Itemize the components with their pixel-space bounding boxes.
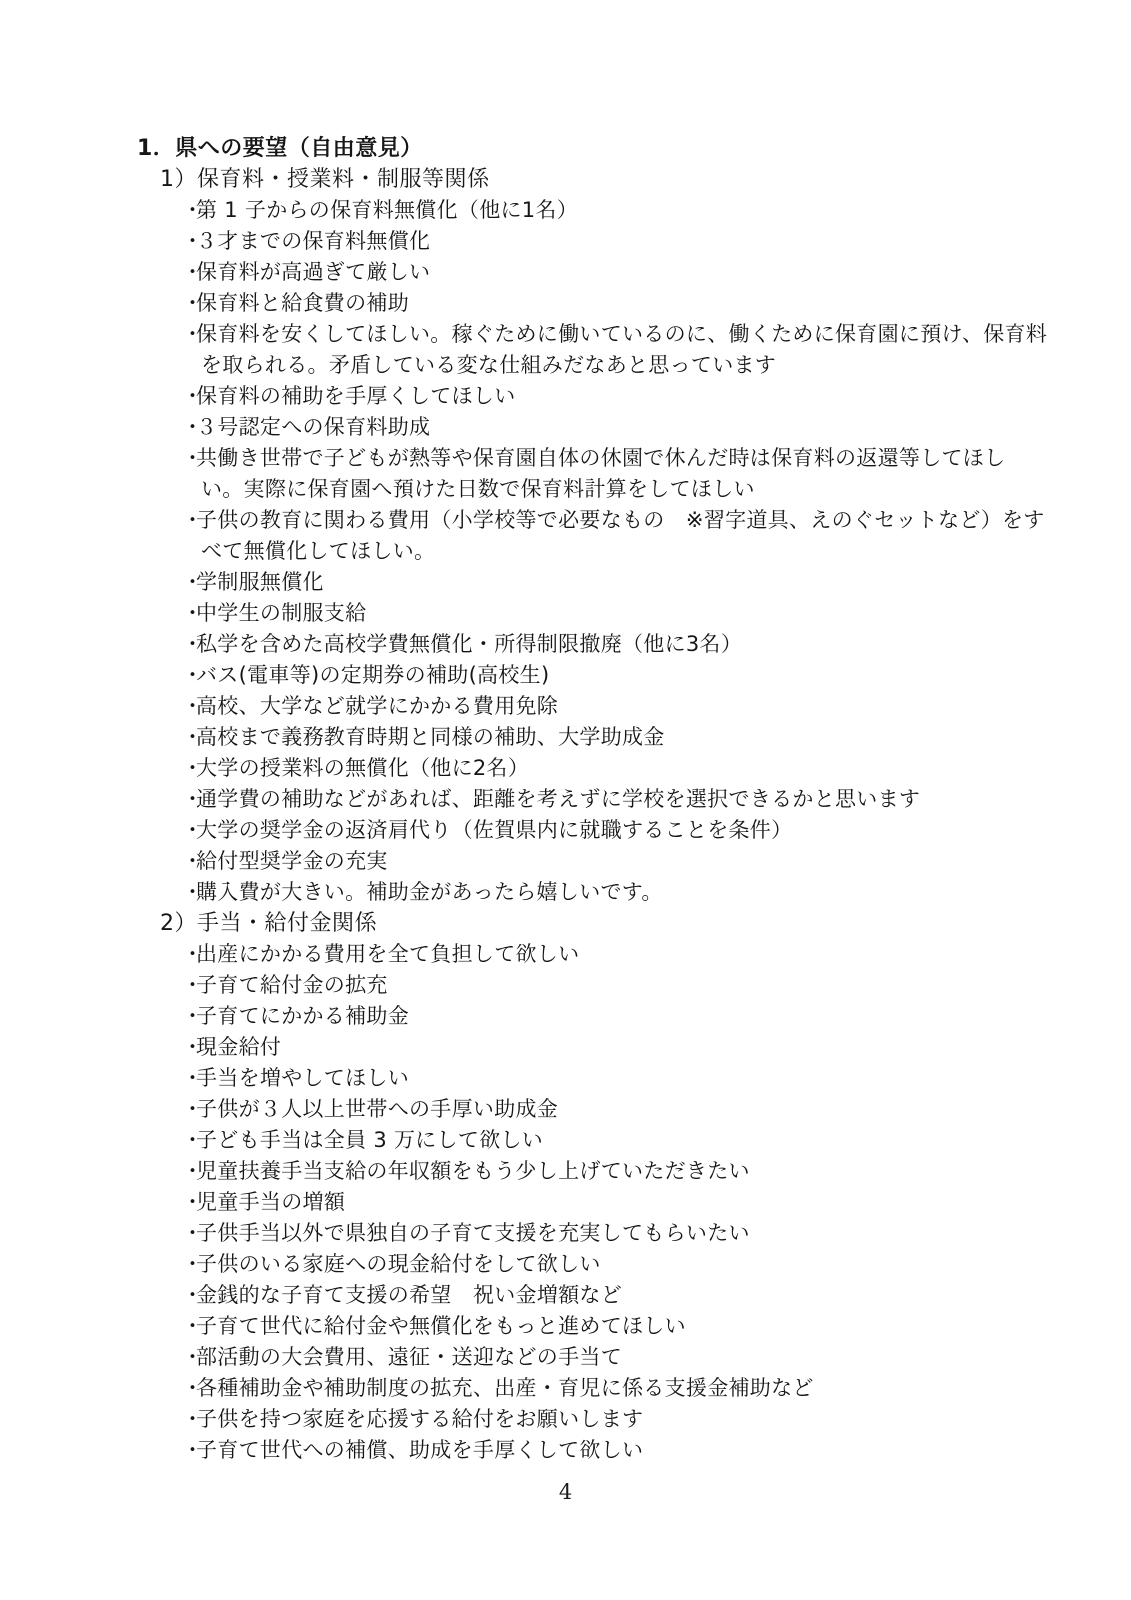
- list-item: ・子供のいる家庭への現金給付をして欲しい: [182, 1249, 1071, 1280]
- section-heading: 2）手当・給付金関係: [160, 908, 1071, 939]
- item-text: 中学生の制服支給: [196, 601, 366, 625]
- item-text: 子供を持つ家庭を応援する給付をお願いします: [196, 1407, 643, 1431]
- list-item: ・子育て世代への補償、助成を手厚くして欲しい: [182, 1435, 1071, 1466]
- list-item: ・大学の奨学金の返済肩代り（佐賀県内に就職することを条件）: [182, 815, 1071, 846]
- list-item: ・子育てにかかる補助金: [182, 1001, 1071, 1032]
- item-text: 大学の授業料の無償化（他に2名）: [196, 756, 529, 780]
- bullet-icon: ・: [182, 970, 196, 1001]
- bullet-icon: ・: [182, 1001, 196, 1032]
- list-item: ・大学の授業料の無償化（他に2名）: [182, 753, 1071, 784]
- bullet-icon: ・: [182, 443, 196, 474]
- item-text: 児童扶養手当支給の年収額をもう少し上げていただきたい: [196, 1159, 750, 1183]
- bullet-icon: ・: [182, 505, 196, 536]
- bullet-icon: ・: [182, 1280, 196, 1311]
- bullet-icon: ・: [182, 1156, 196, 1187]
- list-item: ・子供を持つ家庭を応援する給付をお願いします: [182, 1404, 1071, 1435]
- item-line-continuation: べて無償化してほしい。: [201, 536, 1071, 567]
- item-text: 通学費の補助などがあれば、距離を考えずに学校を選択できるかと思います: [196, 787, 920, 811]
- item-text: 子育てにかかる補助金: [196, 1004, 409, 1028]
- bullet-icon: ・: [182, 1218, 196, 1249]
- bullet-icon: ・: [182, 939, 196, 970]
- bullet-icon: ・: [182, 815, 196, 846]
- document-content: 1．県への要望（自由意見） 1）保育料・授業料・制服等関係・第 1 子からの保育…: [137, 133, 1071, 1466]
- bullet-icon: ・: [182, 660, 196, 691]
- list-item: ・学制服無償化: [182, 567, 1071, 598]
- list-item: ・子ども手当は全員 3 万にして欲しい: [182, 1125, 1071, 1156]
- item-text: 子供の教育に関わる費用（小学校等で必要なもの ※習字道具、えのぐセットなど）をす: [196, 508, 1045, 532]
- list-item: ・高校まで義務教育時期と同様の補助、大学助成金: [182, 722, 1071, 753]
- list-item: ・高校、大学など就学にかかる費用免除: [182, 691, 1071, 722]
- item-text: 保育料を安くしてほしい。稼ぐために働いているのに、働くために保育園に預け、保育料: [196, 322, 1047, 346]
- list-item: ・第 1 子からの保育料無償化（他に1名）: [182, 195, 1071, 226]
- list-item: ・購入費が大きい。補助金があったら嬉しいです。: [182, 877, 1071, 908]
- item-text: 手当を増やしてほしい: [196, 1066, 409, 1090]
- item-text: 学制服無償化: [196, 570, 324, 594]
- list-item: ・私学を含めた高校学費無償化・所得制限撤廃（他に3名）: [182, 629, 1071, 660]
- item-text: 各種補助金や補助制度の拡充、出産・育児に係る支援金補助など: [196, 1376, 814, 1400]
- sections-container: 1）保育料・授業料・制服等関係・第 1 子からの保育料無償化（他に1名）・３才ま…: [137, 164, 1071, 1466]
- item-text: 共働き世帯で子どもが熱等や保育園自体の休園で休んだ時は保育料の返還等してほし: [196, 446, 1005, 470]
- bullet-icon: ・: [182, 1404, 196, 1435]
- list-item: ・子育て世代に給付金や無償化をもっと進めてほしい: [182, 1311, 1071, 1342]
- bullet-icon: ・: [182, 629, 196, 660]
- bullet-icon: ・: [182, 1311, 196, 1342]
- list-item: ・子育て給付金の拡充: [182, 970, 1071, 1001]
- list-item: ・子供手当以外で県独自の子育て支援を充実してもらいたい: [182, 1218, 1071, 1249]
- bullet-icon: ・: [182, 381, 196, 412]
- list-item: ・保育料の補助を手厚くしてほしい: [182, 381, 1071, 412]
- item-text: 保育料と給食費の補助: [196, 291, 409, 315]
- list-item: ・共働き世帯で子どもが熱等や保育園自体の休園で休んだ時は保育料の返還等してほし: [182, 443, 1071, 474]
- bullet-icon: ・: [182, 1342, 196, 1373]
- list-item: ・保育料を安くしてほしい。稼ぐために働いているのに、働くために保育園に預け、保育…: [182, 319, 1071, 350]
- section-1: 1）保育料・授業料・制服等関係・第 1 子からの保育料無償化（他に1名）・３才ま…: [137, 164, 1071, 908]
- list-item: ・各種補助金や補助制度の拡充、出産・育児に係る支援金補助など: [182, 1373, 1071, 1404]
- item-text: を取られる。矛盾している変な仕組みだなあと思っています: [201, 353, 776, 377]
- bullet-icon: ・: [182, 567, 196, 598]
- list-item: ・子供が３人以上世帯への手厚い助成金: [182, 1094, 1071, 1125]
- list-item: ・部活動の大会費用、遠征・送迎などの手当て: [182, 1342, 1071, 1373]
- item-text: 出産にかかる費用を全て負担して欲しい: [196, 942, 579, 966]
- bullet-icon: ・: [182, 598, 196, 629]
- item-text: 大学の奨学金の返済肩代り（佐賀県内に就職することを条件）: [196, 818, 792, 842]
- item-line-continuation: を取られる。矛盾している変な仕組みだなあと思っています: [201, 350, 1071, 381]
- list-item: ・バス(電車等)の定期券の補助(高校生): [182, 660, 1071, 691]
- item-text: 子供のいる家庭への現金給付をして欲しい: [196, 1252, 601, 1276]
- item-text: 高校、大学など就学にかかる費用免除: [196, 694, 558, 718]
- item-text: 子育て世代に給付金や無償化をもっと進めてほしい: [196, 1314, 686, 1338]
- item-text: 第 1 子からの保育料無償化（他に1名）: [196, 198, 578, 222]
- bullet-icon: ・: [182, 288, 196, 319]
- item-text: 金銭的な子育て支援の希望 祝い金増額など: [196, 1283, 622, 1307]
- item-text: 部活動の大会費用、遠征・送迎などの手当て: [196, 1345, 622, 1369]
- list-item: ・子供の教育に関わる費用（小学校等で必要なもの ※習字道具、えのぐセットなど）を…: [182, 505, 1071, 536]
- bullet-icon: ・: [182, 722, 196, 753]
- bullet-icon: ・: [182, 691, 196, 722]
- list-item: ・児童扶養手当支給の年収額をもう少し上げていただきたい: [182, 1156, 1071, 1187]
- item-text: 子供が３人以上世帯への手厚い助成金: [196, 1097, 558, 1121]
- page-number: 4: [0, 1480, 1131, 1504]
- bullet-icon: ・: [182, 1063, 196, 1094]
- item-text: ３才までの保育料無償化: [196, 229, 430, 253]
- bullet-icon: ・: [182, 195, 196, 226]
- item-line-continuation: い。実際に保育園へ預けた日数で保育料計算をしてほしい: [201, 474, 1071, 505]
- item-text: 児童手当の増額: [196, 1190, 345, 1214]
- section-2: 2）手当・給付金関係・出産にかかる費用を全て負担して欲しい・子育て給付金の拡充・…: [137, 908, 1071, 1466]
- bullet-icon: ・: [182, 226, 196, 257]
- list-item: ・児童手当の増額: [182, 1187, 1071, 1218]
- list-item: ・３才までの保育料無償化: [182, 226, 1071, 257]
- item-text: 保育料の補助を手厚くしてほしい: [196, 384, 516, 408]
- item-text: 購入費が大きい。補助金があったら嬉しいです。: [196, 880, 663, 904]
- bullet-icon: ・: [182, 319, 196, 350]
- bullet-icon: ・: [182, 1187, 196, 1218]
- item-text: 給付型奨学金の充実: [196, 849, 388, 873]
- item-text: ３号認定への保育料助成: [196, 415, 430, 439]
- list-item: ・通学費の補助などがあれば、距離を考えずに学校を選択できるかと思います: [182, 784, 1071, 815]
- bullet-icon: ・: [182, 877, 196, 908]
- list-item: ・現金給付: [182, 1032, 1071, 1063]
- list-item: ・保育料と給食費の補助: [182, 288, 1071, 319]
- list-item: ・３号認定への保育料助成: [182, 412, 1071, 443]
- item-text: べて無償化してほしい。: [201, 539, 435, 563]
- item-text: 保育料が高過ぎて厳しい: [196, 260, 430, 284]
- section-heading: 1）保育料・授業料・制服等関係: [160, 164, 1071, 195]
- bullet-icon: ・: [182, 784, 196, 815]
- bullet-icon: ・: [182, 1373, 196, 1404]
- item-text: 高校まで義務教育時期と同様の補助、大学助成金: [196, 725, 665, 749]
- bullet-icon: ・: [182, 1249, 196, 1280]
- list-item: ・給付型奨学金の充実: [182, 846, 1071, 877]
- bullet-icon: ・: [182, 1435, 196, 1466]
- item-text: 現金給付: [196, 1035, 281, 1059]
- item-text: 子育て世代への補償、助成を手厚くして欲しい: [196, 1438, 643, 1462]
- bullet-icon: ・: [182, 1125, 196, 1156]
- item-text: 子供手当以外で県独自の子育て支援を充実してもらいたい: [196, 1221, 750, 1245]
- list-item: ・保育料が高過ぎて厳しい: [182, 257, 1071, 288]
- list-item: ・金銭的な子育て支援の希望 祝い金増額など: [182, 1280, 1071, 1311]
- bullet-icon: ・: [182, 257, 196, 288]
- bullet-icon: ・: [182, 846, 196, 877]
- bullet-icon: ・: [182, 753, 196, 784]
- item-text: 子育て給付金の拡充: [196, 973, 388, 997]
- bullet-icon: ・: [182, 1032, 196, 1063]
- item-text: い。実際に保育園へ預けた日数で保育料計算をしてほしい: [201, 477, 755, 501]
- list-item: ・中学生の制服支給: [182, 598, 1071, 629]
- item-text: 子ども手当は全員 3 万にして欲しい: [196, 1128, 543, 1152]
- list-item: ・手当を増やしてほしい: [182, 1063, 1071, 1094]
- item-text: 私学を含めた高校学費無償化・所得制限撤廃（他に3名）: [196, 632, 742, 656]
- bullet-icon: ・: [182, 412, 196, 443]
- page-title: 1．県への要望（自由意見）: [137, 133, 1071, 164]
- item-text: バス(電車等)の定期券の補助(高校生): [196, 663, 549, 687]
- document-page: 1．県への要望（自由意見） 1）保育料・授業料・制服等関係・第 1 子からの保育…: [0, 0, 1131, 1600]
- list-item: ・出産にかかる費用を全て負担して欲しい: [182, 939, 1071, 970]
- bullet-icon: ・: [182, 1094, 196, 1125]
